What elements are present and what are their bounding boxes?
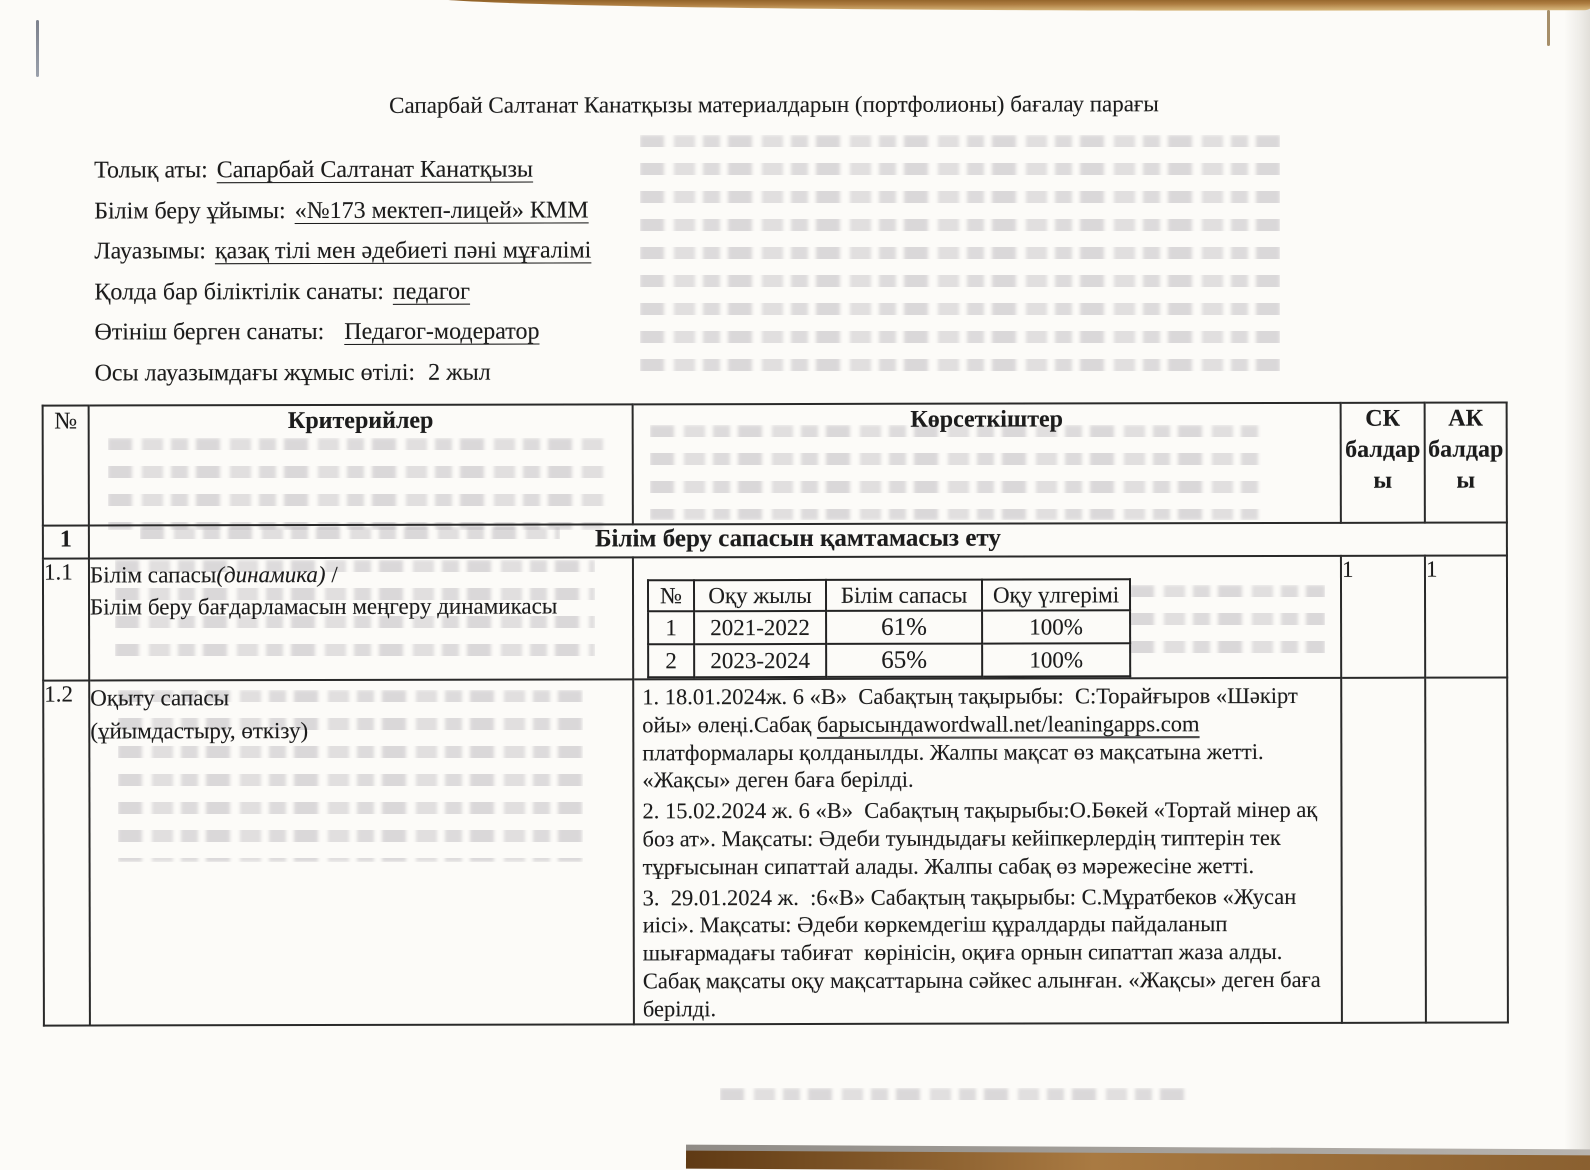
info-row-full-name: Толық аты:Сапарбай Салтанат Канатқызы <box>94 156 591 198</box>
inner-data-row: 2 2023-2024 65% 100% <box>648 643 1130 677</box>
table-row: 1.1 Білім сапасы(динамика) / Білім беру … <box>43 556 1507 681</box>
field-label: Өтініш берген санаты: <box>94 319 324 345</box>
inner-cell-number: 1 <box>648 611 694 644</box>
indicator-item-3: 3. 29.01.2024 ж. :6«В» Сабақтың тақырыбы… <box>635 879 1341 1022</box>
header-indicators: Көрсеткіштер <box>633 403 1341 524</box>
inner-header-number: № <box>648 580 694 611</box>
inner-cell-quality: 61% <box>826 611 982 644</box>
inner-header-year: Оқу жылы <box>694 580 826 611</box>
inner-cell-year: 2021-2022 <box>694 611 826 644</box>
header-criteria: Критерийлер <box>89 404 633 525</box>
inner-cell-quality: 65% <box>826 644 982 677</box>
criteria-slash: / <box>326 562 338 587</box>
dynamics-inner-table: № Оқу жылы Білім сапасы Оқу үлгерімі 1 2… <box>647 578 1131 678</box>
field-label: Осы лауазымдағы жұмыс өтілі: <box>95 359 416 386</box>
evaluation-table: № Критерийлер Көрсеткіштер СК балдары АК… <box>42 402 1509 1027</box>
header-ak-points: АК балдары <box>1425 403 1507 523</box>
ak-score-value: 1 <box>1425 556 1507 678</box>
teacher-info-block: Толық аты:Сапарбай Салтанат Канатқызы Бі… <box>94 156 592 400</box>
criteria-line: (ұйымдастыру, өткізу) <box>90 718 308 743</box>
inner-header-quality: Білім сапасы <box>826 580 982 611</box>
criteria-line: Оқыту сапасы <box>90 685 229 710</box>
field-value: 2 жыл <box>428 359 491 385</box>
inner-header-row: № Оқу жылы Білім сапасы Оқу үлгерімі <box>648 579 1130 611</box>
field-label: Қолда бар біліктілік санаты: <box>94 278 384 305</box>
page-content: Сапарбай Салтанат Канатқызы материалдары… <box>0 0 1590 1170</box>
section-number: 1 <box>43 525 89 558</box>
ak-score-empty <box>1425 678 1508 1023</box>
criteria-text: Білім сапасы(динамика) / Білім беру бағд… <box>89 557 633 680</box>
indicators-cell: 1. 18.01.2024ж. 6 «В» Сабақтың тақырыбы:… <box>633 678 1342 1024</box>
sk-score-empty <box>1341 678 1426 1023</box>
indicator-item-2: 2. 15.02.2024 ж. 6 «В» Сабақтың тақырыбы… <box>634 793 1340 881</box>
inner-header-progress: Оқу үлгерімі <box>982 579 1130 610</box>
header-sk-points: СК балдары <box>1341 403 1425 523</box>
header-number: № <box>43 405 89 525</box>
field-value: Педагог-модератор <box>344 319 539 345</box>
field-label: Білім беру ұйымы: <box>94 198 286 224</box>
criteria-line: Білім сапасы <box>90 562 216 587</box>
scan-artifact-line <box>36 20 39 77</box>
field-value: педагог <box>393 278 470 304</box>
field-label: Толық аты: <box>94 157 208 183</box>
scanned-document-page: Сапарбай Салтанат Канатқызы материалдары… <box>0 0 1590 1170</box>
info-row-current-category: Қолда бар біліктілік санаты:педагог <box>94 278 591 320</box>
inner-cell-progress: 100% <box>982 610 1130 643</box>
info-row-experience: Осы лауазымдағы жұмыс өтілі:2 жыл <box>95 359 592 401</box>
row-number: 1.2 <box>43 680 90 1025</box>
inner-cell-number: 2 <box>648 644 694 677</box>
field-label: Лауазымы: <box>94 238 206 264</box>
indicators-cell: № Оқу жылы Білім сапасы Оқу үлгерімі 1 2… <box>633 556 1341 679</box>
info-row-applied-category: Өтініш берген санаты:Педагог-модератор <box>94 318 591 360</box>
criteria-italic: (динамика) <box>216 562 325 587</box>
inner-cell-year: 2023-2024 <box>694 644 826 677</box>
field-value: Сапарбай Салтанат Канатқызы <box>217 157 533 184</box>
inner-cell-progress: 100% <box>982 643 1130 676</box>
indicator-item-1: 1. 18.01.2024ж. 6 «В» Сабақтың тақырыбы:… <box>634 679 1340 795</box>
table-row: 1.2 Оқыту сапасы (ұйымдастыру, өткізу) 1… <box>43 678 1508 1026</box>
info-row-organization: Білім беру ұйымы:«№173 мектеп-лицей» КММ <box>94 197 591 239</box>
sk-score-value: 1 <box>1341 556 1425 678</box>
info-row-position: Лауазымы:қазақ тілі мен әдебиеті пәні мұ… <box>94 237 591 279</box>
field-value: «№173 мектеп-лицей» КММ <box>295 197 589 224</box>
criteria-text: Оқыту сапасы (ұйымдастыру, өткізу) <box>89 679 634 1025</box>
url-text: барысындаwordwall.net/leaningapps.com <box>817 711 1200 737</box>
criteria-line: Білім беру бағдарламасын меңгеру динамик… <box>90 593 557 619</box>
scan-edge-corner <box>1547 10 1550 46</box>
field-value: қазақ тілі мен әдебиеті пәні мұғалімі <box>215 237 591 264</box>
inner-data-row: 1 2021-2022 61% 100% <box>648 610 1130 644</box>
section-row: 1 Білім беру сапасын қамтамасыз ету <box>43 523 1507 559</box>
page-title: Сапарбай Салтанат Канатқызы материалдары… <box>39 91 1509 120</box>
section-title: Білім беру сапасын қамтамасыз ету <box>89 523 1507 559</box>
row-number: 1.1 <box>43 558 89 680</box>
table-header-row: № Критерийлер Көрсеткіштер СК балдары АК… <box>43 403 1507 526</box>
